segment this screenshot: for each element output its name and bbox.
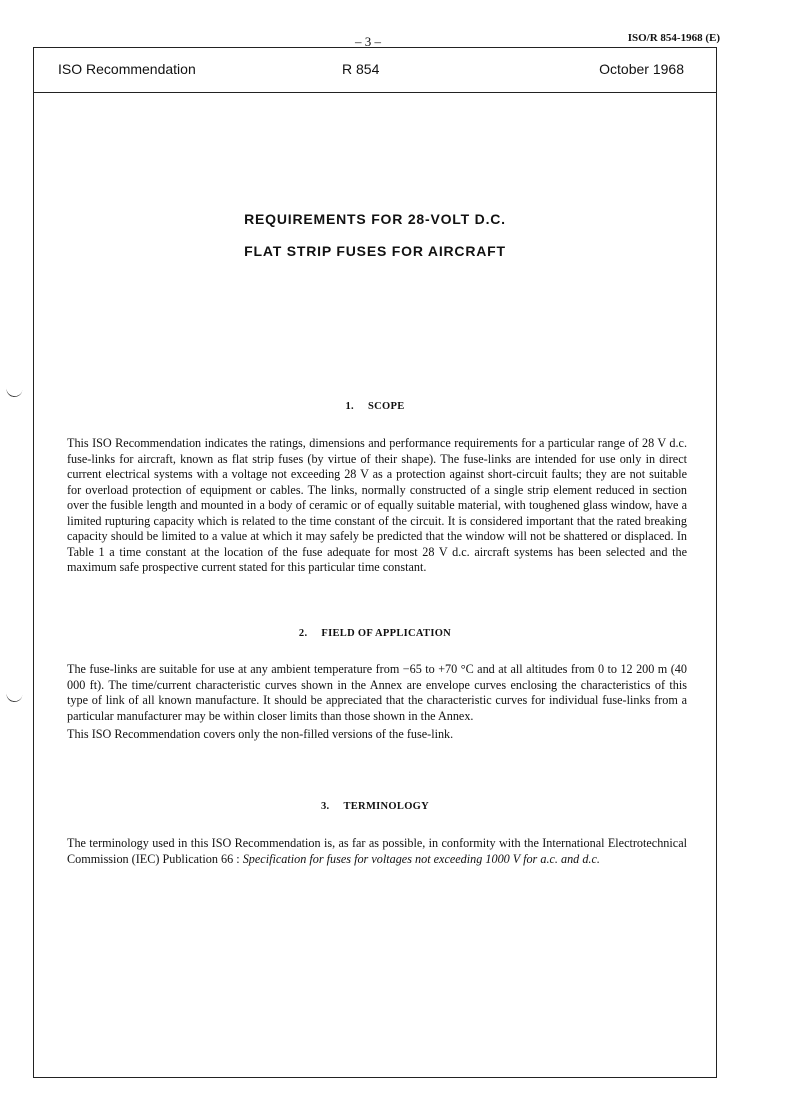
- document-title-line2: FLAT STRIP FUSES FOR AIRCRAFT: [34, 243, 716, 259]
- document-frame: ISO Recommendation R 854 October 1968 RE…: [33, 47, 717, 1078]
- section-number: 2.: [299, 628, 307, 639]
- section-number: 1.: [346, 401, 354, 412]
- document-title-line1: REQUIREMENTS FOR 28-VOLT D.C.: [34, 211, 716, 227]
- section-number: 3.: [321, 801, 329, 812]
- section-heading-scope: 1.SCOPE: [34, 401, 716, 412]
- punch-hole-mark: [5, 387, 22, 398]
- paragraph: The terminology used in this ISO Recomme…: [67, 836, 687, 867]
- section-body-terminology: The terminology used in this ISO Recomme…: [67, 836, 687, 867]
- citation-title: Specification for fuses for voltages not…: [243, 852, 600, 866]
- document-reference: ISO/R 854-1968 (E): [628, 32, 720, 44]
- section-title: FIELD OF APPLICATION: [321, 628, 451, 639]
- paragraph: The fuse-links are suitable for use at a…: [67, 662, 687, 724]
- section-heading-field-of-application: 2.FIELD OF APPLICATION: [34, 628, 716, 639]
- punch-hole-mark: [5, 692, 22, 703]
- header-date: October 1968: [599, 61, 684, 77]
- header-standard-number: R 854: [342, 61, 379, 77]
- paragraph: This ISO Recommendation covers only the …: [67, 727, 687, 743]
- paragraph: This ISO Recommendation indicates the ra…: [67, 436, 687, 576]
- header-publisher: ISO Recommendation: [58, 61, 196, 77]
- header-row: ISO Recommendation R 854 October 1968: [34, 48, 716, 93]
- section-body-field-of-application: The fuse-links are suitable for use at a…: [67, 662, 687, 743]
- section-body-scope: This ISO Recommendation indicates the ra…: [67, 436, 687, 576]
- section-title: TERMINOLOGY: [343, 801, 429, 812]
- section-heading-terminology: 3.TERMINOLOGY: [34, 801, 716, 812]
- section-title: SCOPE: [368, 401, 405, 412]
